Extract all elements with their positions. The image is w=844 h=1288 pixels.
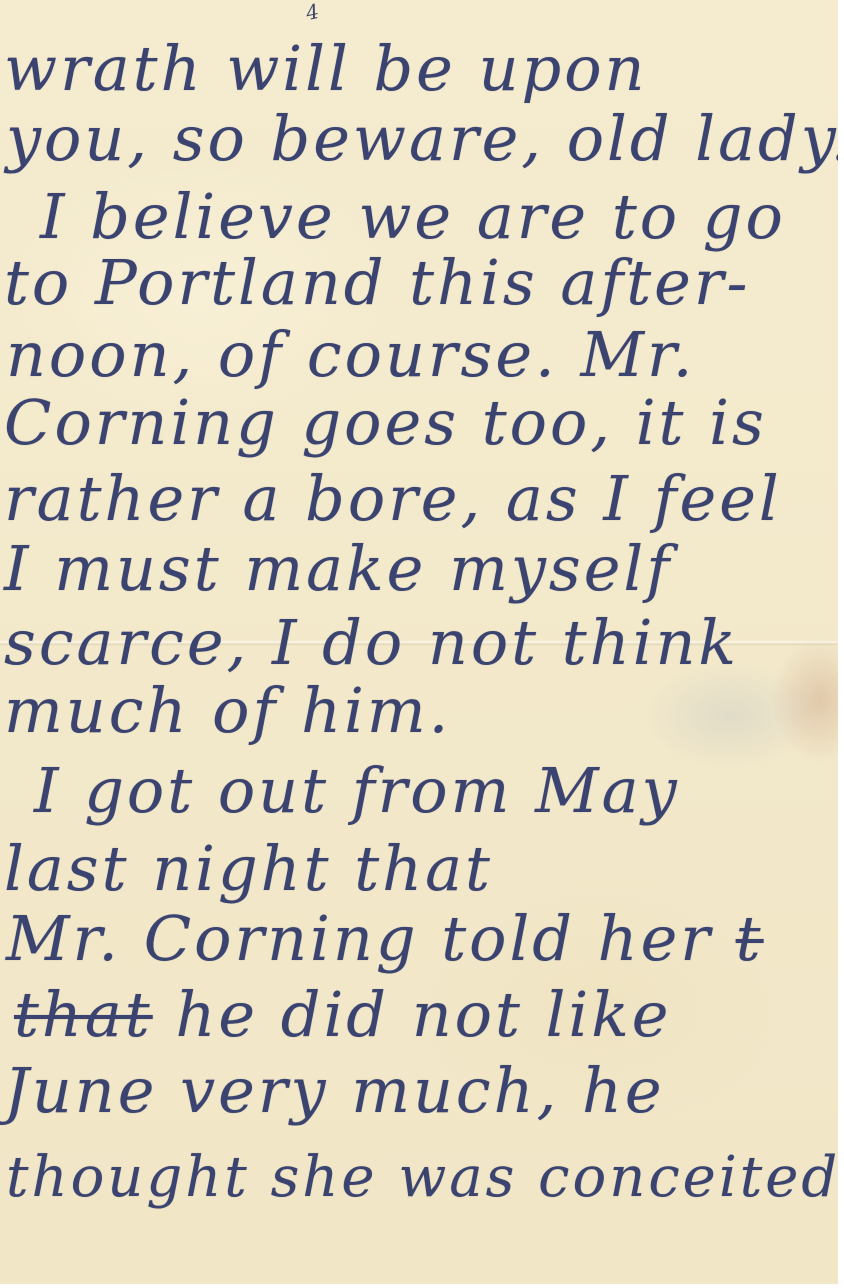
letter-line-14-text: he did not like bbox=[175, 978, 671, 1051]
letter-line-8: I must make myself bbox=[4, 538, 672, 600]
letter-line-10: much of him. bbox=[4, 680, 451, 742]
letter-line-11: I got out from May bbox=[34, 760, 680, 822]
letter-line-14: that he did not like bbox=[14, 984, 672, 1046]
letter-line-13-text: Mr. Corning told her bbox=[6, 902, 713, 975]
letter-line-15: June very much, he bbox=[4, 1060, 665, 1122]
letter-line-6: Corning goes too, it is bbox=[4, 392, 767, 454]
page-number: 4 bbox=[304, 0, 321, 25]
struck-out-letter: t bbox=[736, 902, 764, 975]
scan-margin-right bbox=[838, 0, 844, 1288]
letter-line-13: Mr. Corning told her t bbox=[6, 908, 764, 970]
letter-line-16: thought she was conceited bbox=[6, 1150, 838, 1206]
letter-line-3: I believe we are to go bbox=[40, 186, 786, 248]
letter-line-12: last night that bbox=[4, 838, 493, 900]
letter-line-1: wrath will be upon bbox=[4, 38, 647, 100]
letter-line-9: scarce, I do not think bbox=[4, 612, 739, 674]
letter-line-7: rather a bore, as I feel bbox=[4, 468, 782, 530]
letter-line-5: noon, of course. Mr. bbox=[6, 324, 695, 386]
struck-out-word: that bbox=[14, 978, 153, 1051]
letter-page: 4 wrath will be upon you, so beware, old… bbox=[0, 0, 838, 1284]
letter-line-2: you, so beware, old lady. bbox=[6, 108, 838, 170]
letter-line-4: to Portland this after- bbox=[4, 252, 750, 314]
scan-margin-bottom bbox=[0, 1284, 844, 1288]
